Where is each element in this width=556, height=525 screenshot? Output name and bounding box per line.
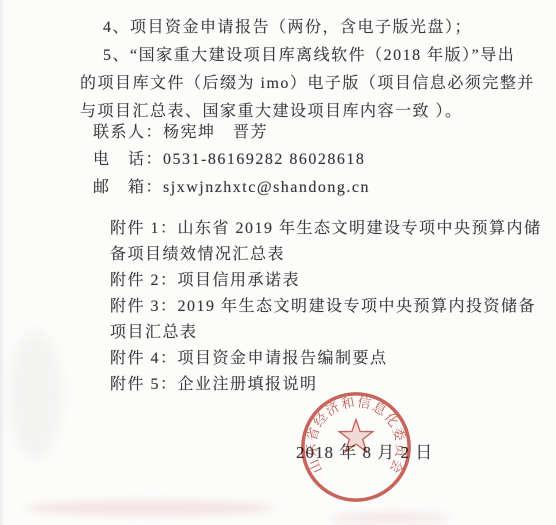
contact-phone-label: 电 话： [93, 151, 163, 168]
seal-star-icon [339, 419, 373, 451]
contact-person-label: 联系人： [93, 124, 163, 141]
contact-block: 联系人：杨宪坤 晋芳 电 话：0531-86169282 86028618 邮 … [93, 119, 513, 201]
scan-smudge [8, 330, 63, 460]
attachment-3-line: 附件 3：2019 年生态文明建设专项中央预算内投资储备 [110, 294, 540, 320]
scan-edge-shadow [0, 0, 8, 525]
attachments-list: 附件 1：山东省 2019 年生态文明建设专项中央预算内储 备项目绩效情况汇总表… [110, 216, 540, 398]
contact-email-label: 邮 箱： [93, 179, 163, 196]
seal-ring [303, 394, 409, 500]
contact-person-value: 杨宪坤 晋芳 [163, 124, 268, 141]
attachment-2-line: 附件 2：项目信用承诺表 [110, 268, 540, 294]
scan-ink-smudge [330, 512, 450, 524]
attachment-1-line: 附件 1：山东省 2019 年生态文明建设专项中央预算内储 [110, 216, 540, 242]
attachment-1-continuation: 备项目绩效情况汇总表 [110, 242, 540, 268]
body-line-item4: 4、项目资金申请报告（两份，含电子版光盘）； [80, 14, 540, 42]
scan-ink-smudge [25, 501, 275, 515]
attachment-3-continuation: 项目汇总表 [110, 320, 540, 346]
contact-phone-value: 0531-86169282 86028618 [163, 151, 365, 168]
attachment-4-line: 附件 4：项目资金申请报告编制要点 [110, 346, 540, 372]
contact-email-value: sjxwjnzhxtc@shandong.cn [163, 179, 370, 196]
contact-person-line: 联系人：杨宪坤 晋芳 [93, 119, 513, 146]
contact-email-line: 邮 箱：sjxwjnzhxtc@shandong.cn [93, 174, 513, 201]
contact-phone-line: 电 话：0531-86169282 86028618 [93, 146, 513, 173]
body-line-item5: 5、“国家重大建设项目库离线软件（2018 年版）”导出 [80, 42, 540, 70]
body-line-continuation: 的项目库文件（后缀为 imo）电子版（项目信息必须完整并 [80, 70, 540, 98]
body-paragraphs: 4、项目资金申请报告（两份，含电子版光盘）； 5、“国家重大建设项目库离线软件（… [80, 14, 540, 126]
scanned-document-page: 4、项目资金申请报告（两份，含电子版光盘）； 5、“国家重大建设项目库离线软件（… [0, 0, 556, 525]
official-seal: 山东省经济和信息化委员会 [297, 388, 415, 506]
